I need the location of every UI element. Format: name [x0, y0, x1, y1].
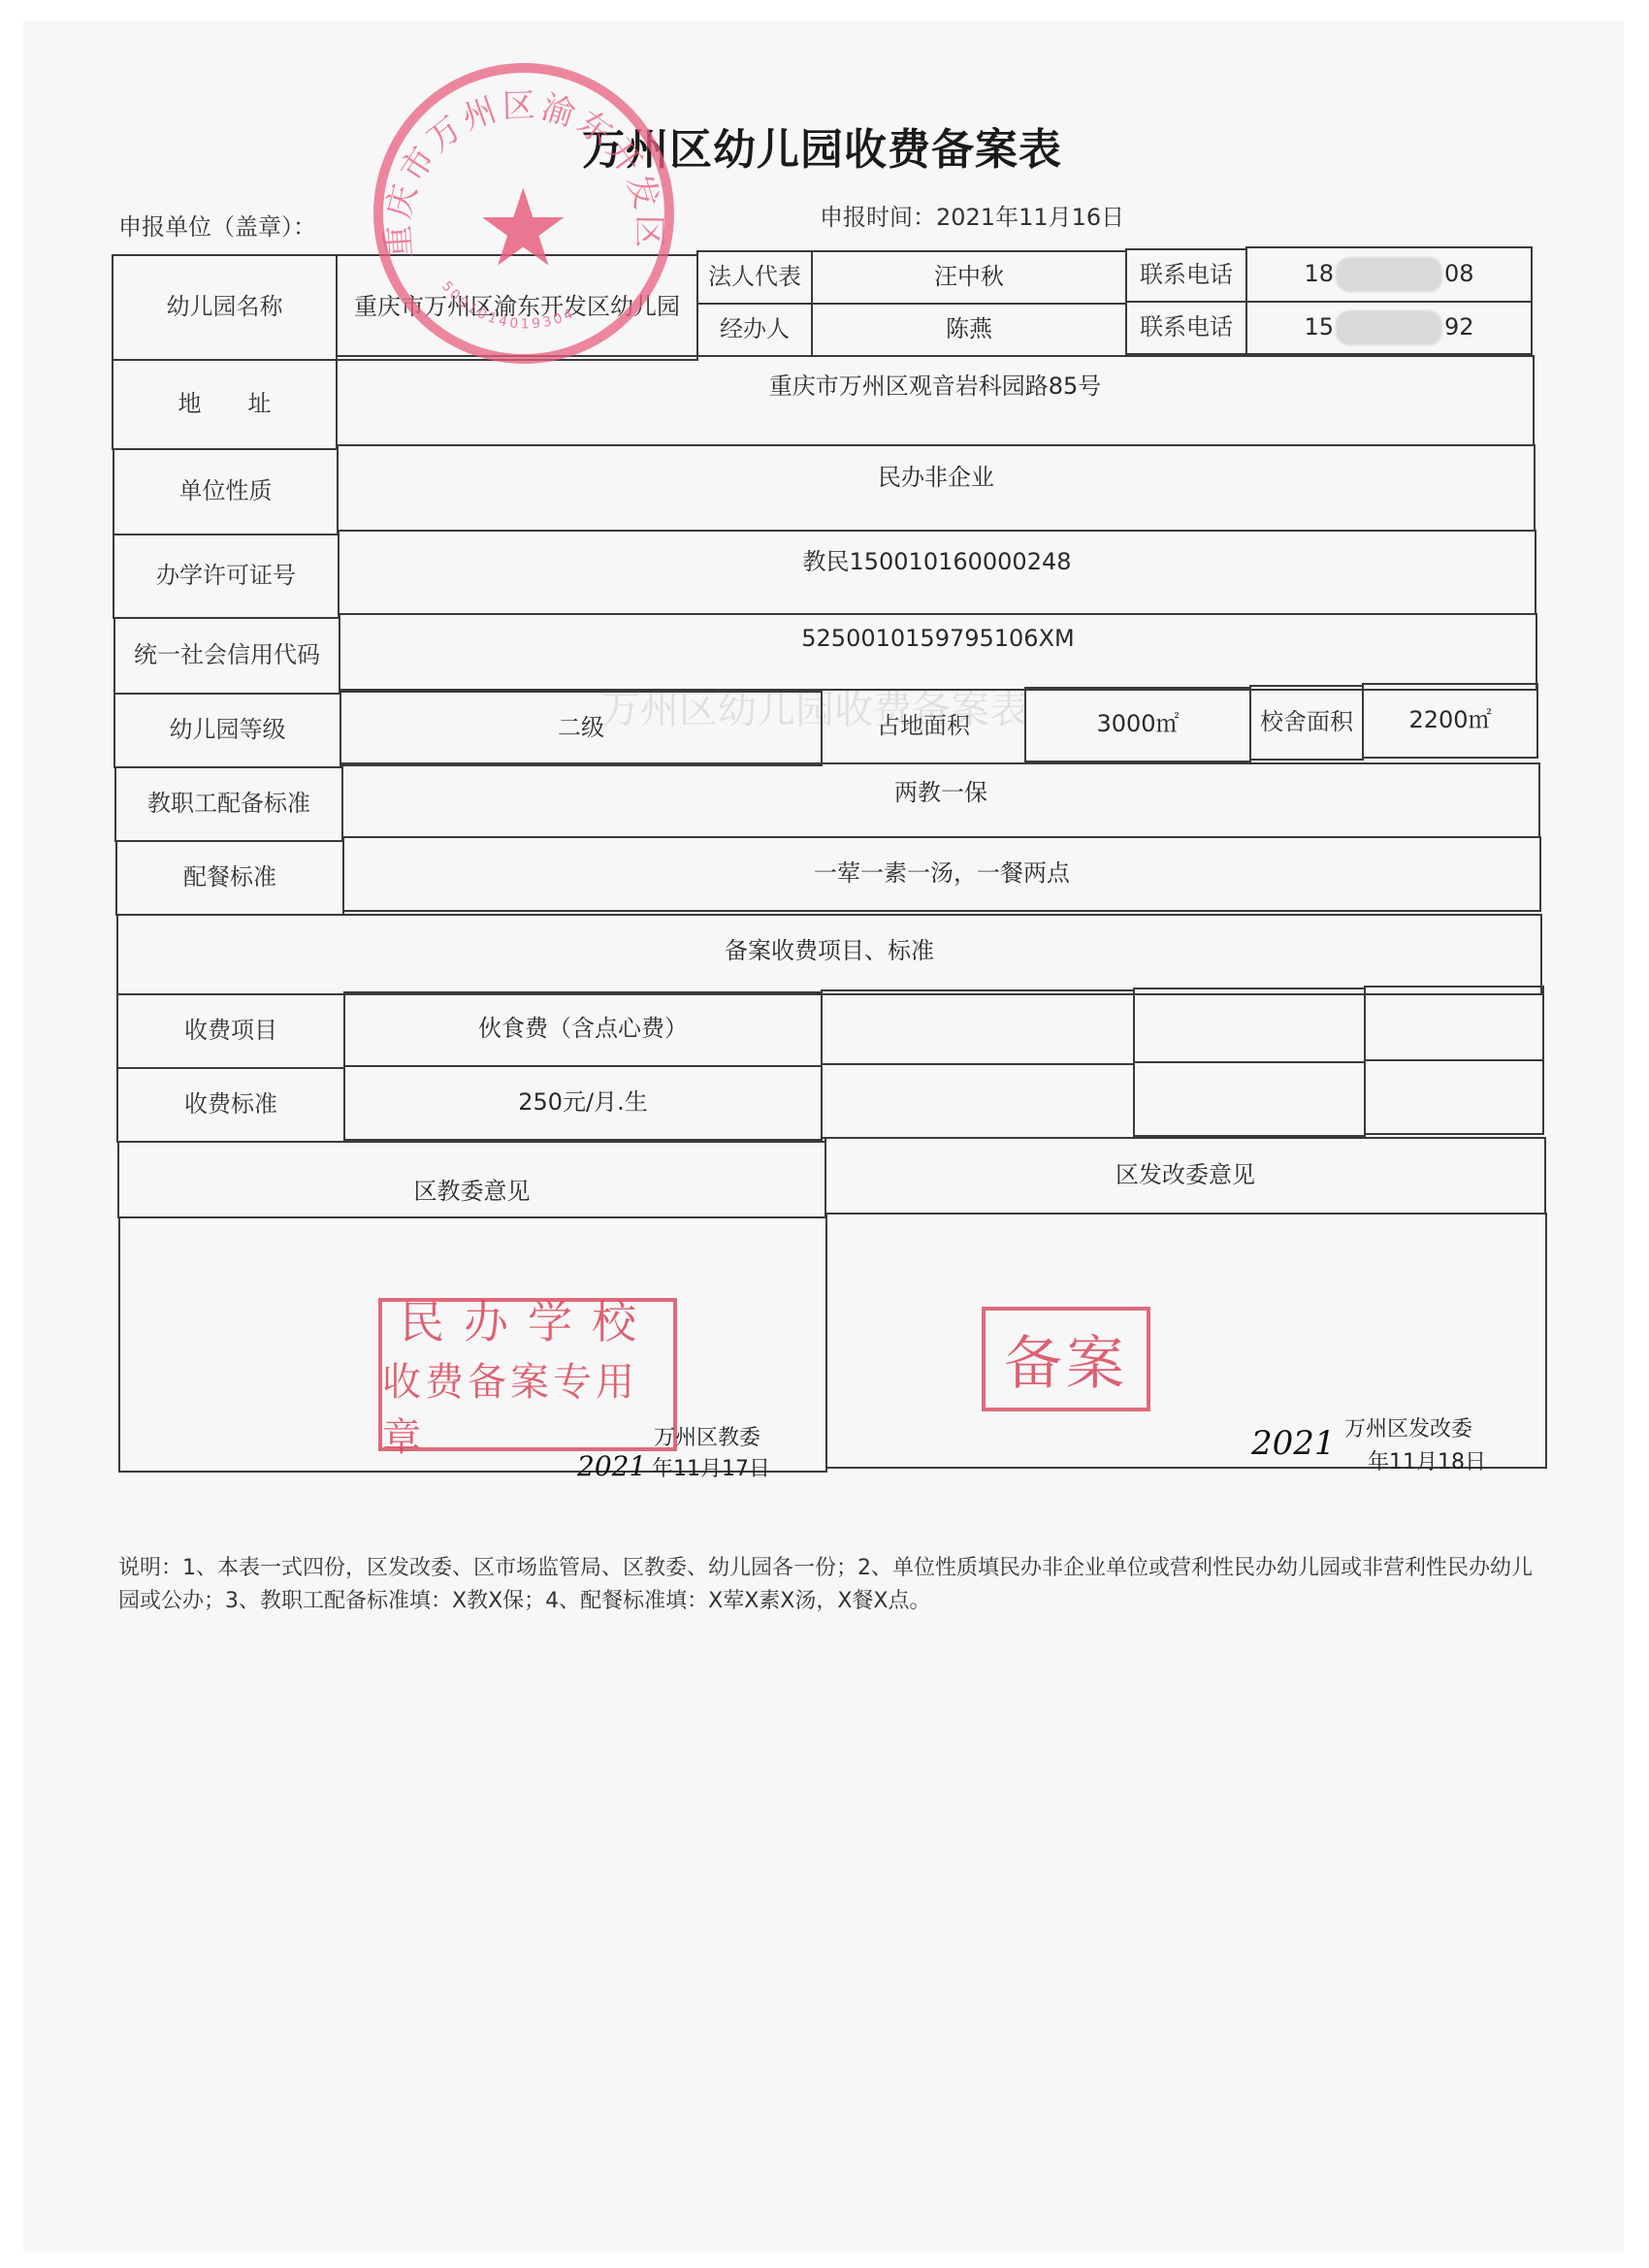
staff-standard-label: 教职工配备标准 [114, 766, 343, 842]
legal-rep-value: 汪中秋 [811, 250, 1127, 305]
address-label: 地 址 [112, 359, 338, 450]
kindergarten-name-label: 幼儿园名称 [112, 254, 338, 361]
fee-item-label: 收费项目 [116, 993, 345, 1069]
building-area-label: 校舍面积 [1249, 685, 1364, 761]
meal-standard-value: 一荤一素一汤，一餐两点 [342, 836, 1541, 912]
fee-item-2 [821, 989, 1135, 1065]
fee-item-1: 伙食费（含点心费） [343, 991, 823, 1067]
fee-standard-label: 收费标准 [116, 1067, 345, 1143]
form-notes: 说明：1、本表一式四份，区发改委、区市场监管局、区教委、幼儿园各一份；2、单位性… [118, 1552, 1544, 1618]
ndrc-seal-text: 备案 [1004, 1317, 1128, 1401]
phone-1-prefix: 18 [1304, 259, 1334, 289]
edu-year-handwritten: 2021 [577, 1450, 646, 1482]
handler-label: 经办人 [696, 303, 813, 357]
license-value: 教民150010160000248 [338, 530, 1536, 615]
kindergarten-name-value: 重庆市万州区渝东开发区幼儿园 [336, 254, 698, 361]
staff-standard-value: 两教一保 [341, 762, 1540, 838]
phone-label-2: 联系电话 [1125, 301, 1247, 355]
edu-org-signature: 万州区教委 [654, 1421, 760, 1451]
ndrc-date: 年11月18日 [1368, 1445, 1486, 1475]
land-area-label: 占地面积 [821, 689, 1026, 764]
fee-item-4 [1364, 986, 1544, 1061]
fee-standard-2 [821, 1063, 1135, 1139]
legal-rep-label: 法人代表 [696, 250, 813, 305]
page-title: 万州区幼儿园收费备案表 [582, 114, 1062, 177]
edu-opinion-label: 区教委意见 [117, 1141, 826, 1218]
address-value: 重庆市万州区观音岩科园路85号 [336, 355, 1535, 446]
building-area-value: 2200㎡ [1362, 683, 1538, 759]
applicant-label: 申报单位（盖章）： [118, 208, 316, 242]
handler-value: 陈燕 [811, 303, 1127, 357]
phone-label-1: 联系电话 [1125, 248, 1247, 303]
land-area-value: 3000㎡ [1024, 687, 1251, 762]
edu-fee-seal-stamp: 民办学校 收费备案专用章 [378, 1298, 677, 1451]
phone-2-prefix: 15 [1304, 312, 1334, 342]
fee-standard-1: 250元/月.生 [343, 1065, 823, 1141]
ndrc-opinion-label: 区发改委意见 [824, 1137, 1546, 1215]
unit-nature-value: 民办非企业 [337, 444, 1536, 532]
phone-value-2: 15 92 [1245, 301, 1533, 355]
grade-value: 二级 [339, 691, 823, 766]
ndrc-filing-seal-stamp: 备案 [982, 1307, 1150, 1411]
fee-item-3 [1133, 988, 1366, 1063]
fee-standard-4 [1364, 1059, 1544, 1135]
license-label: 办学许可证号 [113, 534, 339, 619]
phone-2-suffix: 92 [1444, 312, 1474, 342]
phone-value-1: 18 08 [1245, 246, 1533, 303]
grade-label: 幼儿园等级 [113, 693, 341, 768]
redaction-blur [1336, 310, 1442, 345]
phone-1-suffix: 08 [1444, 259, 1474, 289]
meal-standard-label: 配餐标准 [115, 840, 344, 916]
fee-section-title: 备案收费项目、标准 [116, 914, 1542, 995]
report-time: 申报时间：2021年11月16日 [820, 198, 1124, 232]
credit-code-value: 5250010159795106XM [339, 613, 1537, 691]
redaction-blur [1336, 257, 1442, 292]
edu-seal-line1: 民办学校 [400, 1287, 656, 1351]
ndrc-year-handwritten: 2021 [1251, 1424, 1336, 1463]
edu-date: 年11月17日 [652, 1452, 770, 1482]
credit-code-label: 统一社会信用代码 [113, 617, 340, 695]
fee-standard-3 [1133, 1061, 1366, 1137]
edu-seal-line2: 收费备案专用章 [382, 1351, 673, 1462]
unit-nature-label: 单位性质 [113, 448, 339, 535]
ndrc-org-signature: 万州区发改委 [1344, 1412, 1472, 1442]
